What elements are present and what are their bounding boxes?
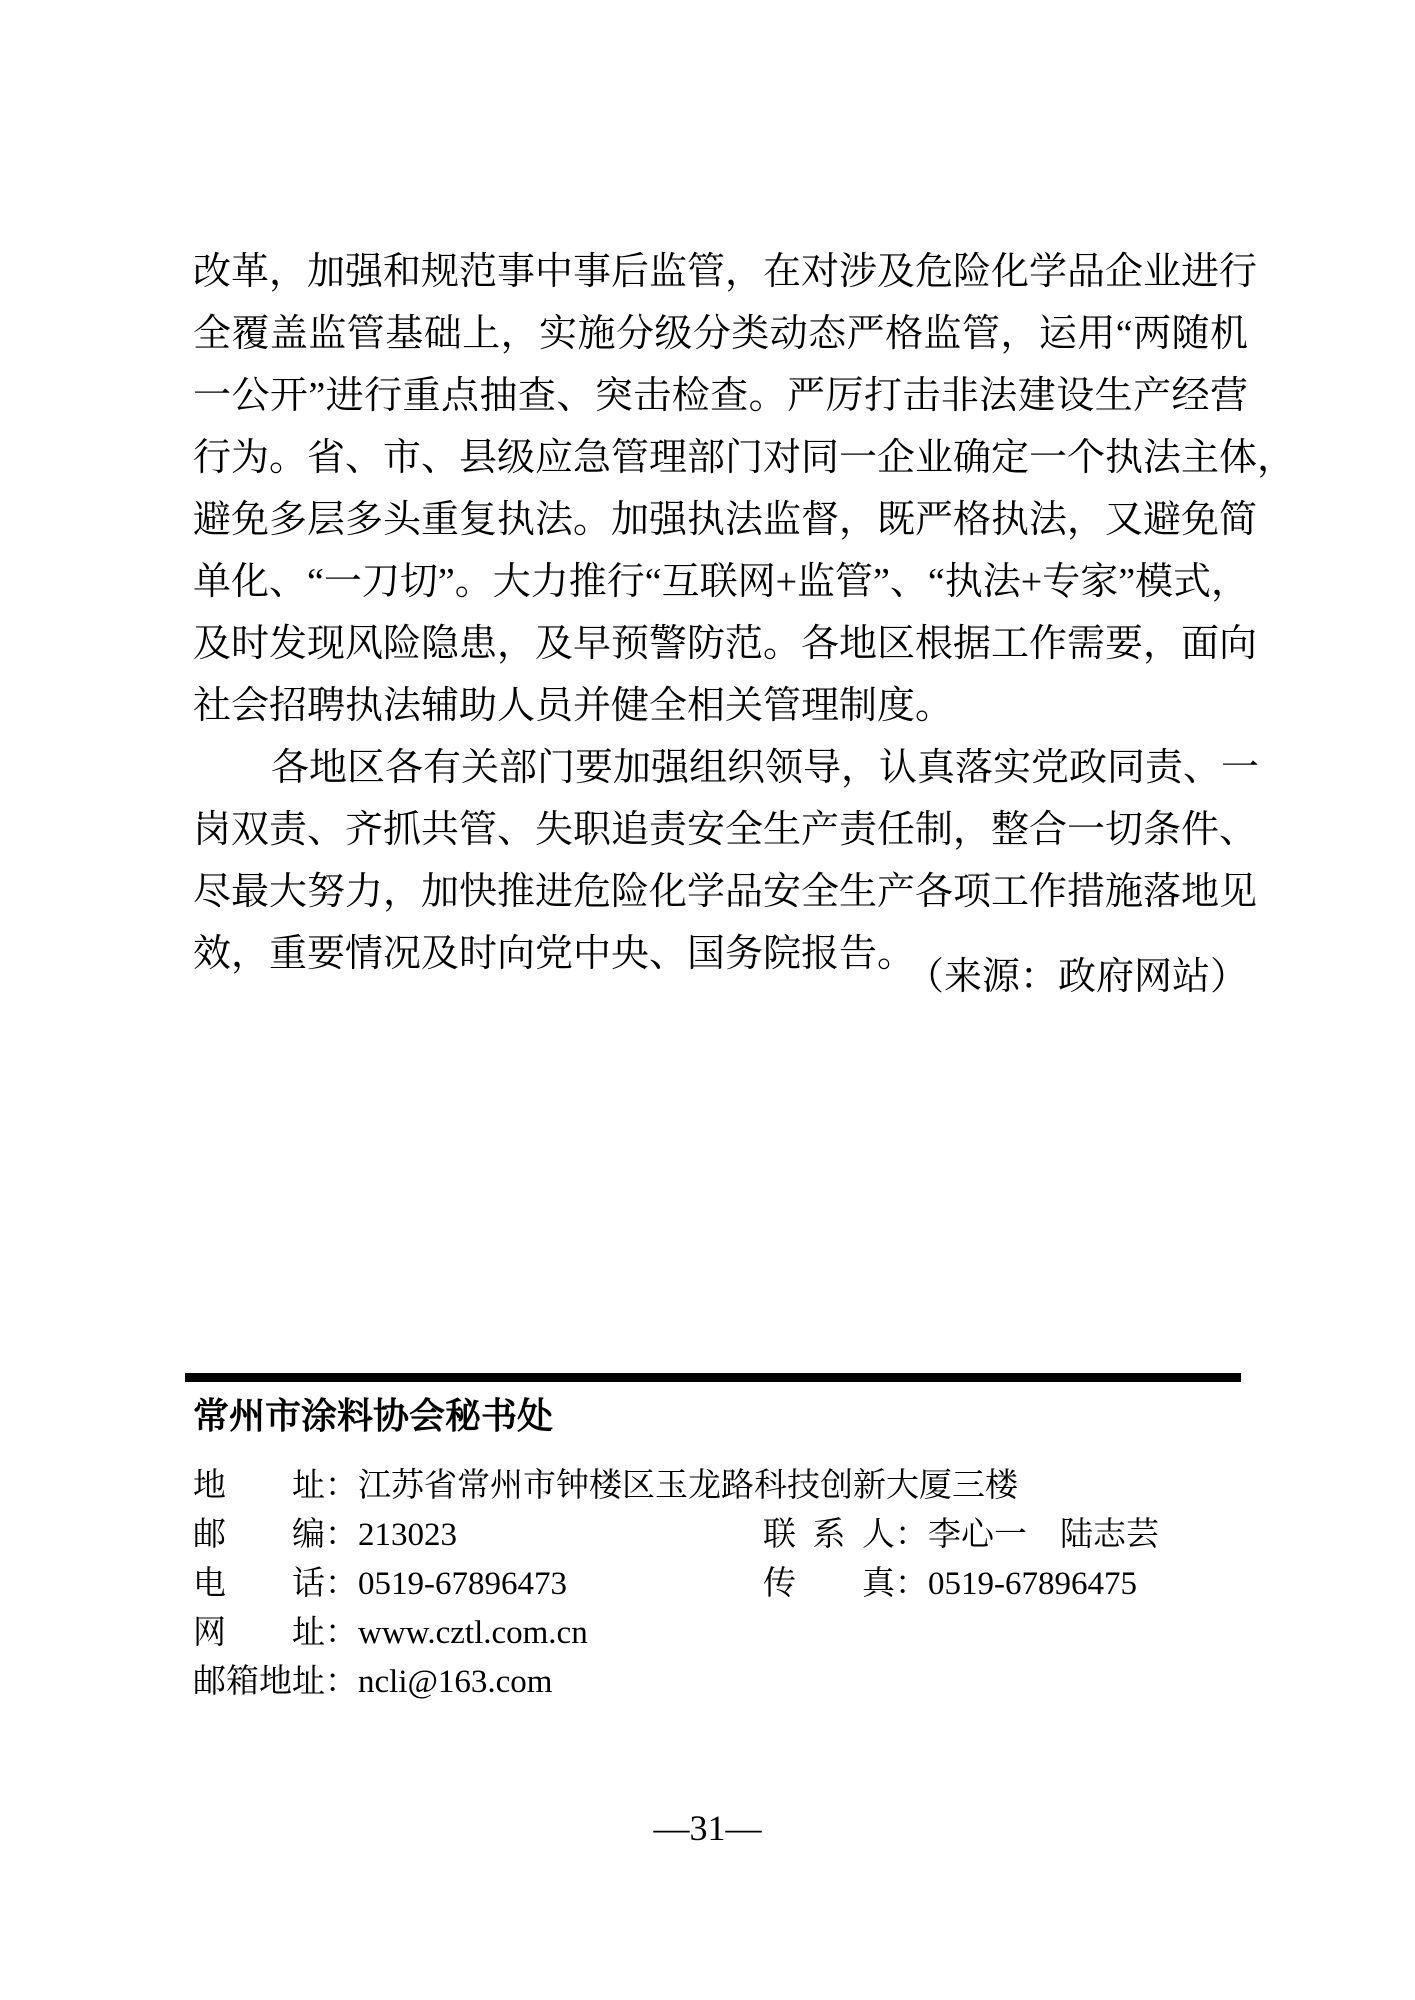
page-number: —31—	[0, 1806, 1415, 1850]
contact-row-address: 地 址：江苏省常州市钟楼区玉龙路科技创新大厦三楼	[193, 1462, 1253, 1511]
contact-row-website: 网 址：www.cztl.com.cn	[193, 1609, 1253, 1658]
contact-left-col: 电 话：0519-67896473	[193, 1560, 763, 1609]
contact-label: 联 系 人：	[763, 1511, 928, 1560]
body-line: 岗双责、齐抓共管、失职追责安全生产责任制，整合一切条件、	[193, 799, 1248, 861]
contact-label: 地 址：	[193, 1462, 358, 1511]
contact-label: 邮 编：	[193, 1511, 358, 1560]
contact-value: www.cztl.com.cn	[358, 1609, 588, 1658]
contact-value: 江苏省常州市钟楼区玉龙路科技创新大厦三楼	[358, 1462, 1018, 1511]
body-line: 一公开”进行重点抽查、突击检查。严厉打击非法建设生产经营	[193, 365, 1248, 427]
contact-value: 213023	[358, 1511, 457, 1560]
contact-value: 0519-67896473	[358, 1560, 567, 1609]
document-page: 改革，加强和规范事中事后监管，在对涉及危险化学品企业进行 全覆盖监管基础上，实施…	[0, 0, 1415, 2000]
body-line: 单化、“一刀切”。大力推行“互联网+监管”、“执法+专家”模式，	[193, 551, 1248, 613]
body-line: 各地区各有关部门要加强组织领导，认真落实党政同责、一	[193, 737, 1248, 799]
body-line: 改革，加强和规范事中事后监管，在对涉及危险化学品企业进行	[193, 241, 1248, 303]
contact-value: 李心一 陆志芸	[928, 1511, 1159, 1560]
contact-label: 邮箱地址：	[193, 1658, 358, 1707]
contact-label: 电 话：	[193, 1560, 358, 1609]
contact-row-email: 邮箱地址：ncli@163.com	[193, 1658, 1253, 1707]
article-body: 改革，加强和规范事中事后监管，在对涉及危险化学品企业进行 全覆盖监管基础上，实施…	[193, 241, 1248, 985]
body-line: 社会招聘执法辅助人员并健全相关管理制度。	[193, 675, 1248, 737]
body-line: 避免多层多头重复执法。加强执法监督，既严格执法，又避免简	[193, 489, 1248, 551]
contact-label: 网 址：	[193, 1609, 358, 1658]
contact-label: 传 真：	[763, 1560, 928, 1609]
contact-left-col: 邮 编：213023	[193, 1511, 763, 1560]
contact-row-phone-fax: 电 话：0519-67896473 传 真：0519-67896475	[193, 1560, 1253, 1609]
body-line: 全覆盖监管基础上，实施分级分类动态严格监管，运用“两随机	[193, 303, 1248, 365]
source-attribution: （来源：政府网站）	[193, 952, 1248, 1002]
contact-value: 0519-67896475	[928, 1560, 1137, 1609]
footer-contact-block: 地 址：江苏省常州市钟楼区玉龙路科技创新大厦三楼 邮 编：213023 联 系 …	[193, 1462, 1253, 1707]
footer-org-title: 常州市涂料协会秘书处	[193, 1394, 553, 1438]
body-line: 行为。省、市、县级应急管理部门对同一企业确定一个执法主体，	[193, 427, 1248, 489]
body-line: 尽最大努力，加快推进危险化学品安全生产各项工作措施落地见	[193, 861, 1248, 923]
footer-divider	[185, 1373, 1241, 1382]
body-line: 及时发现风险隐患，及早预警防范。各地区根据工作需要，面向	[193, 613, 1248, 675]
contact-row-postcode-contactperson: 邮 编：213023 联 系 人：李心一 陆志芸	[193, 1511, 1253, 1560]
contact-value: ncli@163.com	[358, 1658, 552, 1707]
